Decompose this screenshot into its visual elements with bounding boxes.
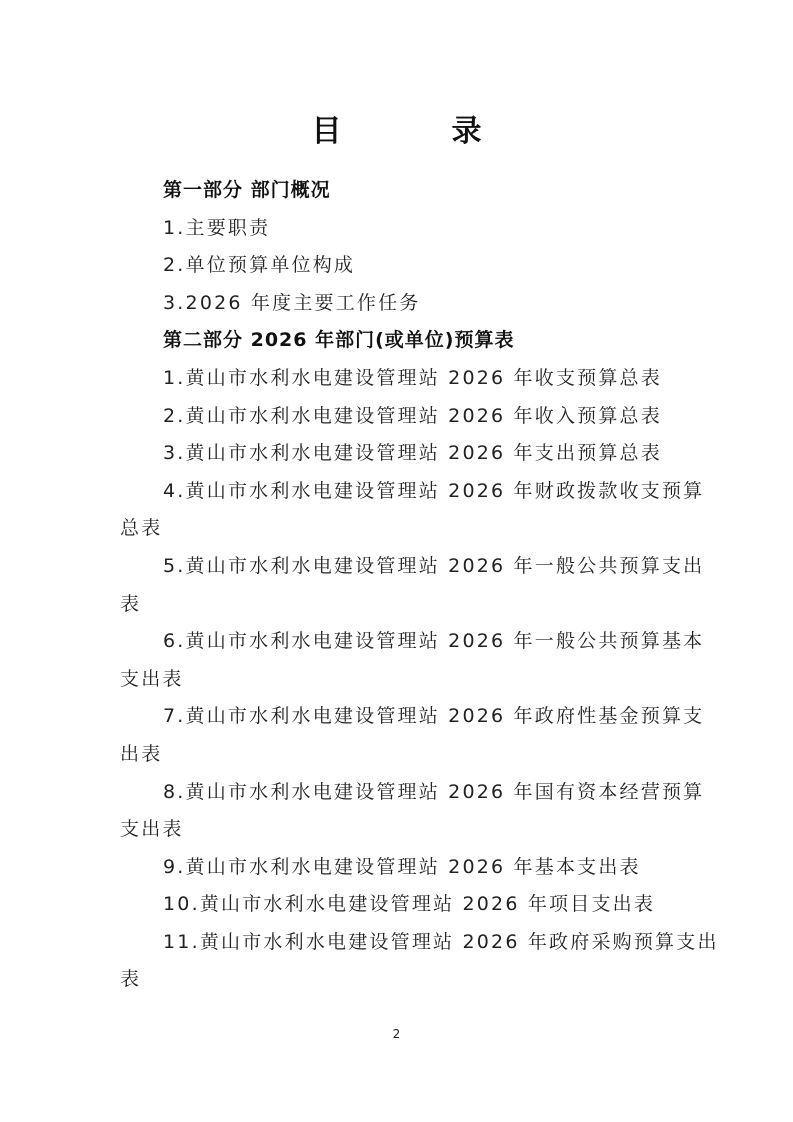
toc-entry[interactable]: 8.黄山市水利水电建设管理站 2026 年国有资本经营预算 <box>120 774 692 812</box>
toc-entry-continuation[interactable]: 总表 <box>120 510 692 548</box>
toc-entry-continuation[interactable]: 支出表 <box>120 811 692 849</box>
document-page: 目 录 第一部分 部门概况 1.主要职责 2.单位预算单位构成 3.2026 年… <box>0 0 793 1122</box>
table-of-contents: 第一部分 部门概况 1.主要职责 2.单位预算单位构成 3.2026 年度主要工… <box>120 172 692 999</box>
page-title: 目 录 <box>0 106 793 150</box>
toc-part2-heading[interactable]: 第二部分 2026 年部门(或单位)预算表 <box>120 322 692 360</box>
toc-entry[interactable]: 4.黄山市水利水电建设管理站 2026 年财政拨款收支预算 <box>120 473 692 511</box>
toc-entry[interactable]: 10.黄山市水利水电建设管理站 2026 年项目支出表 <box>120 886 692 924</box>
toc-entry[interactable]: 2.单位预算单位构成 <box>120 247 692 285</box>
toc-entry[interactable]: 7.黄山市水利水电建设管理站 2026 年政府性基金预算支 <box>120 698 692 736</box>
toc-part1-heading[interactable]: 第一部分 部门概况 <box>120 172 692 210</box>
toc-entry-continuation[interactable]: 出表 <box>120 736 692 774</box>
page-number: 2 <box>0 1027 793 1041</box>
toc-entry-continuation[interactable]: 支出表 <box>120 661 692 699</box>
toc-entry[interactable]: 6.黄山市水利水电建设管理站 2026 年一般公共预算基本 <box>120 623 692 661</box>
toc-entry[interactable]: 2.黄山市水利水电建设管理站 2026 年收入预算总表 <box>120 398 692 436</box>
toc-entry[interactable]: 3.黄山市水利水电建设管理站 2026 年支出预算总表 <box>120 435 692 473</box>
toc-entry[interactable]: 5.黄山市水利水电建设管理站 2026 年一般公共预算支出 <box>120 548 692 586</box>
toc-entry-continuation[interactable]: 表 <box>120 586 692 624</box>
toc-entry[interactable]: 1.主要职责 <box>120 210 692 248</box>
toc-entry-continuation[interactable]: 表 <box>120 961 692 999</box>
toc-entry[interactable]: 3.2026 年度主要工作任务 <box>120 285 692 323</box>
toc-entry[interactable]: 11.黄山市水利水电建设管理站 2026 年政府采购预算支出 <box>120 924 692 962</box>
toc-entry[interactable]: 1.黄山市水利水电建设管理站 2026 年收支预算总表 <box>120 360 692 398</box>
toc-entry[interactable]: 9.黄山市水利水电建设管理站 2026 年基本支出表 <box>120 849 692 887</box>
